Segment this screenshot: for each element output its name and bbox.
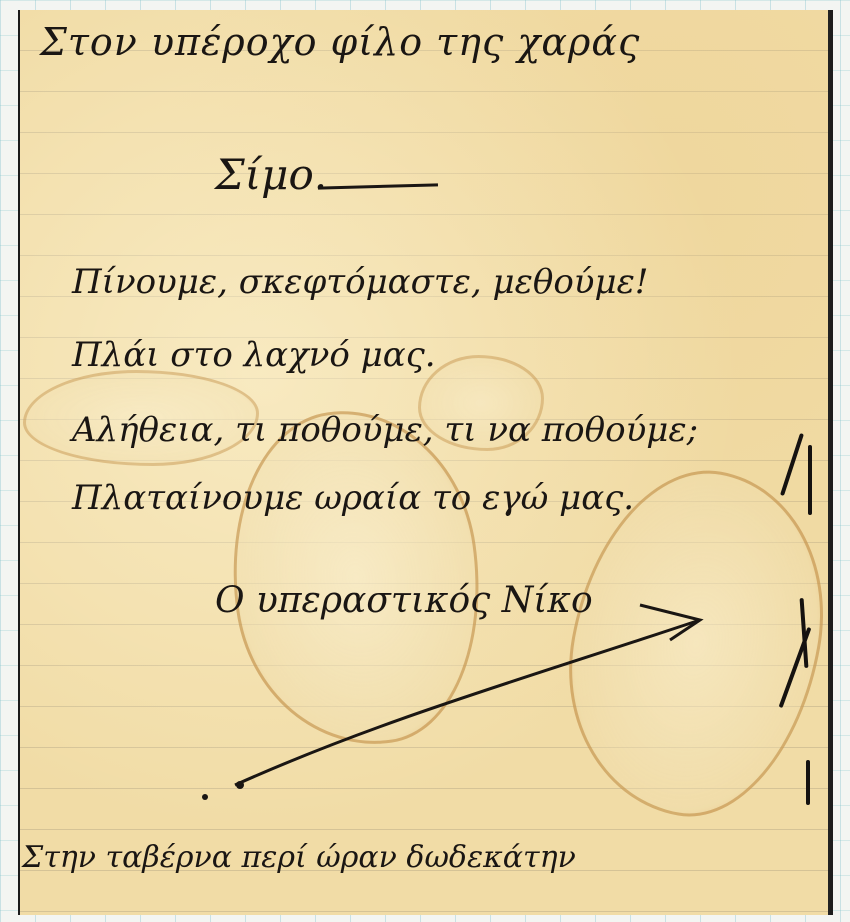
margin-mark: [808, 445, 812, 515]
margin-mark: [806, 760, 810, 805]
signature-arrow-icon: [0, 0, 850, 922]
footer-note: Στην ταβέρνα περί ώραν δωδεκάτην: [22, 840, 576, 875]
